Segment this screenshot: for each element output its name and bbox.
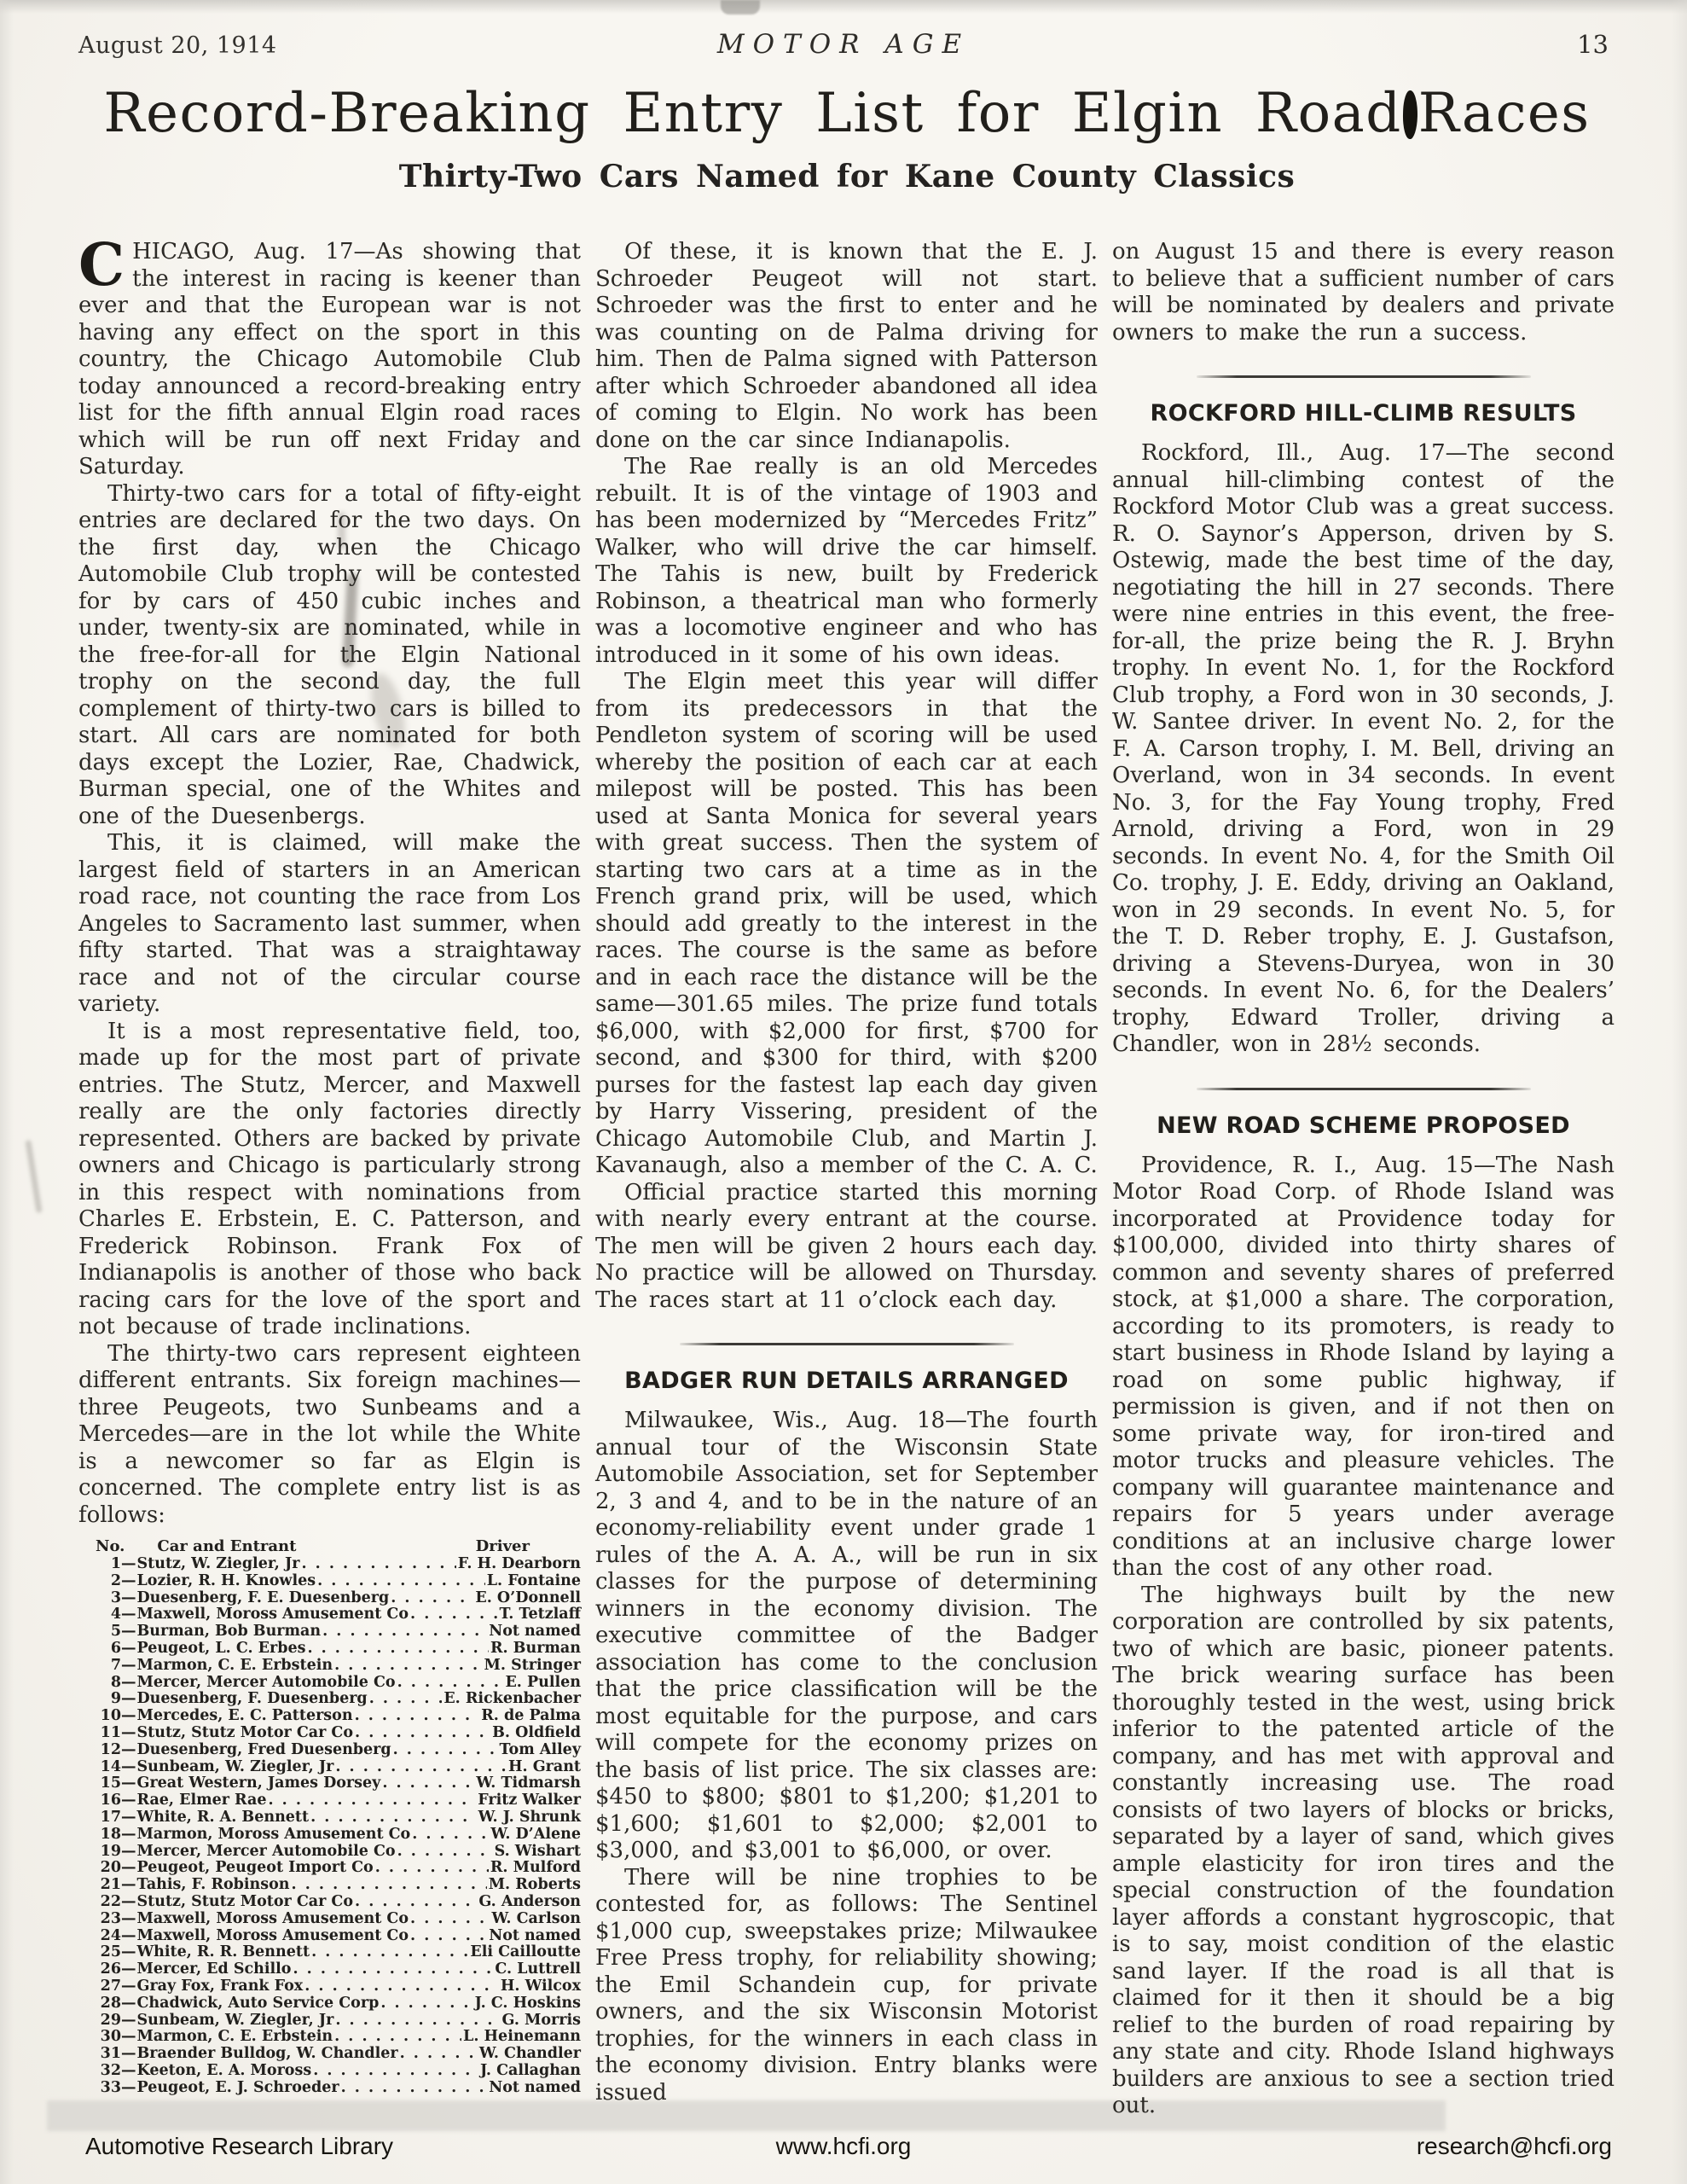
entry-dash: — [121, 1792, 136, 1809]
entry-row: 10—Mercedes, E. C. PattersonR. de Palma [78, 1708, 581, 1725]
entry-car: Peugeot, Peugeot Import Co [137, 1860, 374, 1877]
entry-driver: M. Stringer [484, 1658, 581, 1675]
entry-dash: — [121, 1944, 136, 1961]
article-title-part2: Races [1418, 82, 1591, 145]
entry-row: 16—Rae, Elmer RaeFritz Walker [78, 1792, 581, 1809]
dot-leader [322, 1623, 487, 1641]
entry-dash: — [121, 1708, 136, 1725]
entry-dash: — [121, 2046, 136, 2063]
entry-row: 8—Mercer, Mercer Automobile CoE. Pullen [78, 1675, 581, 1692]
entry-row: 5—Burman, Bob BurmanNot named [78, 1623, 581, 1641]
section-title: NEW ROAD SCHEME PROPOSED [1112, 1112, 1615, 1139]
entry-car: Stutz, Stutz Motor Car Co [137, 1725, 354, 1742]
entry-row: 15—Great Western, James DorseyW. Tidmars… [78, 1775, 581, 1792]
entry-row: 18—Marmon, Moross Amusement CoW. D’Alene [78, 1827, 581, 1844]
entry-no: 25 [78, 1944, 121, 1961]
entry-dash: — [121, 1911, 136, 1928]
entry-car: Sunbeam, W. Ziegler, Jr [137, 1759, 334, 1776]
entry-dash: — [121, 1860, 136, 1877]
entry-driver: J. C. Hoskins [475, 1995, 581, 2013]
dot-leader [355, 1708, 480, 1725]
scan-edge-top [0, 0, 1687, 14]
entry-row: 26—Mercer, Ed SchilloC. Luttrell [78, 1961, 581, 1978]
entry-car: Great Western, James Dorsey [137, 1775, 381, 1792]
entry-driver: W. Carlson [492, 1911, 582, 1928]
entry-driver: E. Rickenbacher [443, 1691, 581, 1708]
entry-driver: E. O’Donnell [475, 1590, 581, 1607]
entry-dash: — [121, 1742, 136, 1759]
section-rule [1197, 1088, 1531, 1090]
entry-row: 22—Stutz, Stutz Motor Car CoG. Anderson [78, 1894, 581, 1911]
entry-driver: W. J. Shrunk [478, 1809, 581, 1827]
dot-leader [393, 1742, 498, 1759]
entry-row: 9—Duesenberg, F. DuesenbergE. Rickenbach… [78, 1691, 581, 1708]
entry-no: 2 [78, 1573, 121, 1590]
entry-row: 14—Sunbeam, W. Ziegler, JrH. Grant [78, 1759, 581, 1776]
entry-dash: — [121, 1827, 136, 1844]
article-columns: CHICAGO, Aug. 17—As showing that the int… [78, 239, 1615, 2120]
paragraph: The thirty-two cars represent eighteen d… [78, 1341, 581, 1530]
entry-col-no: No. [96, 1537, 125, 1556]
entry-dash: — [121, 1691, 136, 1708]
column-middle: Of these, it is known that the E. J. Sch… [595, 239, 1098, 2120]
section-heading: NEW ROAD SCHEME PROPOSED [1112, 1088, 1615, 1139]
entry-driver: W. Chandler [479, 2046, 581, 2063]
dot-leader [410, 1928, 487, 1945]
dot-leader [335, 2013, 500, 2030]
entry-row: 7—Marmon, C. E. ErbsteinM. Stringer [78, 1658, 581, 1675]
dot-leader [335, 1759, 507, 1776]
entry-dash: — [121, 1658, 136, 1675]
entry-driver: M. Roberts [489, 1877, 581, 1894]
entry-driver: Not named [489, 1928, 581, 1945]
entry-car: Mercer, Mercer Automobile Co [137, 1844, 396, 1861]
entry-dash: — [121, 1725, 136, 1742]
entry-row: 28—Chadwick, Auto Service CorpJ. C. Hosk… [78, 1995, 581, 2013]
paragraph: Rockford, Ill., Aug. 17—The second annua… [1112, 440, 1615, 1059]
entry-col-car: Car and Entrant [157, 1537, 296, 1556]
entry-dash: — [121, 1675, 136, 1692]
entry-row: 31—Braender Bulldog, W. ChandlerW. Chand… [78, 2046, 581, 2063]
section-title: BADGER RUN DETAILS ARRANGED [595, 1368, 1098, 1394]
entry-car: Sunbeam, W. Ziegler, Jr [137, 2013, 334, 2030]
paragraph: Of these, it is known that the E. J. Sch… [595, 239, 1098, 454]
entry-no: 5 [78, 1623, 121, 1641]
scan-edge-right [1672, 0, 1687, 2184]
entry-no: 32 [78, 2063, 121, 2080]
dot-leader [391, 1590, 473, 1607]
dot-leader [313, 2063, 478, 2080]
article-subtitle: Thirty-Two Cars Named for Kane County Cl… [78, 159, 1615, 195]
paragraph: Providence, R. I., Aug. 15—The Nash Moto… [1112, 1153, 1615, 1583]
entry-car: Keeton, E. A. Moross [137, 2063, 312, 2080]
entry-no: 30 [78, 2029, 121, 2046]
dot-leader [311, 1944, 468, 1961]
entry-dash: — [121, 2063, 136, 2080]
entry-driver: Tom Alley [500, 1742, 581, 1759]
column-right: on August 15 and there is every reason t… [1112, 239, 1615, 2120]
entry-car: Stutz, W. Ziegler, Jr [137, 1556, 300, 1573]
entry-dash: — [121, 1641, 136, 1658]
entry-no: 16 [78, 1792, 121, 1809]
dot-leader [355, 1894, 477, 1911]
entry-driver: Not named [489, 2080, 581, 2097]
dot-leader [410, 1911, 490, 1928]
entry-row: 4—Maxwell, Moross Amusement CoT. Tetzlaf… [78, 1606, 581, 1623]
paragraph: There will be nine trophies to be contes… [595, 1865, 1098, 2107]
entry-driver: B. Oldfield [492, 1725, 581, 1742]
magazine-page: August 20, 1914 MOTOR AGE 13 Record-Brea… [78, 29, 1615, 2120]
entry-driver: E. Pullen [505, 1675, 581, 1692]
entry-dash: — [121, 2029, 136, 2046]
entry-row: 17—White, R. A. BennettW. J. Shrunk [78, 1809, 581, 1827]
paragraph: Milwaukee, Wis., Aug. 18—The fourth annu… [595, 1408, 1098, 1865]
entry-dash: — [121, 1606, 136, 1623]
entry-dash: — [121, 1809, 136, 1827]
scan-artifact-top [721, 0, 760, 15]
entry-no: 18 [78, 1827, 121, 1844]
entry-no: 3 [78, 1590, 121, 1607]
entry-col-driver: Driver [476, 1537, 530, 1556]
entry-no: 12 [78, 1742, 121, 1759]
entry-driver: H. Grant [508, 1759, 581, 1776]
dot-leader [397, 1675, 504, 1692]
entry-dash: — [121, 1775, 136, 1792]
paragraph: The Rae really is an old Mercedes rebuil… [595, 454, 1098, 669]
entry-dash: — [121, 1623, 136, 1641]
entry-car: White, R. R. Bennett [137, 1944, 310, 1961]
entry-row: 27—Gray Fox, Frank FoxH. Wilcox [78, 1978, 581, 1995]
entry-driver: H. Wilcox [501, 1978, 581, 1995]
entry-no: 26 [78, 1961, 121, 1978]
entry-car: Braender Bulldog, W. Chandler [137, 2046, 398, 2063]
entry-row: 33—Peugeot, E. J. SchroederNot named [78, 2080, 581, 2097]
entry-list-table: No.Car and EntrantDriver1—Stutz, W. Zieg… [78, 1537, 581, 2097]
entry-driver: R. de Palma [481, 1708, 581, 1725]
entry-row: 32—Keeton, E. A. MorossJ. Callaghan [78, 2063, 581, 2080]
dot-leader [400, 2046, 478, 2063]
entry-driver: T. Tetzlaff [500, 1606, 581, 1623]
entry-row: 20—Peugeot, Peugeot Import CoR. Mulford [78, 1860, 581, 1877]
entry-row: 19—Mercer, Mercer Automobile CoS. Wishar… [78, 1844, 581, 1861]
entry-no: 6 [78, 1641, 121, 1658]
entry-car: Maxwell, Moross Amusement Co [137, 1606, 409, 1623]
entry-driver: Eli Cailloutte [470, 1944, 581, 1961]
paragraph: The highways built by the new corporatio… [1112, 1583, 1615, 2120]
entry-car: White, R. A. Bennett [137, 1809, 310, 1827]
entry-no: 33 [78, 2080, 121, 2097]
entry-row: 23—Maxwell, Moross Amusement CoW. Carlso… [78, 1911, 581, 1928]
dot-leader [310, 1809, 477, 1827]
entry-dash: — [121, 1978, 136, 1995]
entry-driver: F. H. Dearborn [458, 1556, 581, 1573]
dot-leader [317, 1573, 485, 1590]
dot-leader [268, 1792, 476, 1809]
entry-car: Mercedes, E. C. Patterson [137, 1708, 353, 1725]
entry-car: Maxwell, Moross Amusement Co [137, 1928, 409, 1945]
paragraph: on August 15 and there is every reason t… [1112, 239, 1615, 346]
entry-dash: — [121, 1590, 136, 1607]
entry-dash: — [121, 1995, 136, 2013]
entry-driver: Fritz Walker [478, 1792, 581, 1809]
dot-leader [397, 1844, 493, 1861]
entry-no: 20 [78, 1860, 121, 1877]
entry-no: 19 [78, 1844, 121, 1861]
entry-no: 11 [78, 1725, 121, 1742]
entry-car: Gray Fox, Frank Fox [137, 1978, 304, 1995]
column-left: CHICAGO, Aug. 17—As showing that the int… [78, 239, 581, 2120]
paragraph: Official practice started this morning w… [595, 1180, 1098, 1315]
paragraph: The Elgin meet this year will differ fro… [595, 669, 1098, 1180]
section-rule [680, 1343, 1014, 1345]
entry-dash: — [121, 1877, 136, 1894]
entry-dash: — [121, 1573, 136, 1590]
entry-no: 24 [78, 1928, 121, 1945]
paragraph: Thirty-two cars for a total of fifty-eig… [78, 481, 581, 831]
entry-driver: W. D’Alene [490, 1827, 581, 1844]
dot-leader [369, 1691, 443, 1708]
entry-car: Marmon, C. E. Erbstein [137, 2029, 333, 2046]
entry-car: Tahis, F. Robinson [137, 1877, 290, 1894]
dot-leader [355, 1725, 490, 1742]
dot-leader [304, 1978, 499, 1995]
entry-no: 31 [78, 2046, 121, 2063]
paragraph: This, it is claimed, will make the large… [78, 830, 581, 1019]
drop-cap: C [78, 243, 125, 288]
article-title-part1: Record-Breaking Entry List for Elgin Roa… [103, 82, 1401, 145]
entry-no: 9 [78, 1691, 121, 1708]
entry-car: Mercer, Ed Schillo [137, 1961, 292, 1978]
entry-car: Marmon, Moross Amusement Co [137, 1827, 411, 1844]
entry-driver: L. Heinemann [463, 2029, 581, 2046]
entry-dash: — [121, 1556, 136, 1573]
article-title: Record-Breaking Entry List for Elgin Roa… [78, 82, 1615, 145]
entry-row: 30—Marmon, C. E. ErbsteinL. Heinemann [78, 2029, 581, 2046]
dot-leader [410, 1606, 498, 1623]
section-title: ROCKFORD HILL-CLIMB RESULTS [1112, 400, 1615, 427]
entry-row: 6—Peugeot, L. C. ErbesR. Burman [78, 1641, 581, 1658]
entry-car: Duesenberg, F. Duesenberg [137, 1691, 368, 1708]
entry-no: 14 [78, 1759, 121, 1776]
entry-car: Duesenberg, F. E. Duesenberg [137, 1590, 390, 1607]
entry-row: 29—Sunbeam, W. Ziegler, JrG. Morris [78, 2013, 581, 2030]
dot-leader [334, 2029, 461, 2046]
entry-no: 8 [78, 1675, 121, 1692]
entry-car: Maxwell, Moross Amusement Co [137, 1911, 409, 1928]
entry-list-header: No.Car and EntrantDriver [78, 1537, 581, 1556]
entry-driver: R. Burman [490, 1641, 581, 1658]
entry-no: 23 [78, 1911, 121, 1928]
page-header: August 20, 1914 MOTOR AGE 13 [78, 29, 1615, 60]
entry-car: Duesenberg, Fred Duesenberg [137, 1742, 391, 1759]
entry-driver: G. Anderson [478, 1894, 581, 1911]
entry-no: 28 [78, 1995, 121, 2013]
entry-dash: — [121, 2080, 136, 2097]
entry-no: 4 [78, 1606, 121, 1623]
ink-blot [1402, 90, 1417, 139]
dot-leader [382, 1775, 474, 1792]
entry-car: Burman, Bob Burman [137, 1623, 322, 1641]
entry-row: 2—Lozier, R. H. KnowlesL. Fontaine [78, 1573, 581, 1590]
entry-no: 1 [78, 1556, 121, 1573]
dot-leader [307, 1641, 489, 1658]
entry-no: 29 [78, 2013, 121, 2030]
entry-driver: G. Morris [502, 2013, 582, 2030]
entry-car: Rae, Elmer Rae [137, 1792, 267, 1809]
entry-driver: R. Mulford [490, 1860, 581, 1877]
entry-no: 27 [78, 1978, 121, 1995]
footer-library: Automotive Research Library [85, 2133, 393, 2160]
entry-driver: J. Callaghan [480, 2063, 581, 2080]
entry-no: 22 [78, 1894, 121, 1911]
entry-row: 21—Tahis, F. RobinsonM. Roberts [78, 1877, 581, 1894]
entry-dash: — [121, 1928, 136, 1945]
entry-car: Lozier, R. H. Knowles [137, 1573, 316, 1590]
entry-driver: L. Fontaine [487, 1573, 581, 1590]
scan-edge-left [0, 0, 14, 2184]
dot-leader [301, 1556, 455, 1573]
entry-no: 7 [78, 1658, 121, 1675]
entry-dash: — [121, 1759, 136, 1776]
dot-leader [293, 1961, 493, 1978]
entry-dash: — [121, 1961, 136, 1978]
paragraph: CHICAGO, Aug. 17—As showing that the int… [78, 239, 581, 481]
issue-date: August 20, 1914 [78, 32, 717, 59]
dot-leader [341, 2080, 488, 2097]
entry-row: 1—Stutz, W. Ziegler, JrF. H. Dearborn [78, 1556, 581, 1573]
dot-leader [292, 1877, 487, 1894]
entry-car: Stutz, Stutz Motor Car Co [137, 1894, 354, 1911]
entry-dash: — [121, 1844, 136, 1861]
entry-driver: W. Tidmarsh [476, 1775, 581, 1792]
entry-driver: C. Luttrell [495, 1961, 581, 1978]
entry-car: Peugeot, L. C. Erbes [137, 1641, 306, 1658]
entry-car: Chadwick, Auto Service Corp [137, 1995, 380, 2013]
entry-driver: Not named [489, 1623, 581, 1641]
section-heading: ROCKFORD HILL-CLIMB RESULTS [1112, 375, 1615, 427]
entry-row: 12—Duesenberg, Fred DuesenbergTom Alley [78, 1742, 581, 1759]
entry-car: Mercer, Mercer Automobile Co [137, 1675, 396, 1692]
dot-leader [380, 1995, 472, 2013]
entry-no: 10 [78, 1708, 121, 1725]
entry-no: 17 [78, 1809, 121, 1827]
footer-email: research@hcfi.org [1417, 2133, 1612, 2160]
dot-leader [375, 1860, 489, 1877]
entry-dash: — [121, 2013, 136, 2030]
entry-dash: — [121, 1894, 136, 1911]
dot-leader [412, 1827, 489, 1844]
section-rule [1197, 375, 1531, 378]
ink-smudge [25, 1140, 42, 1213]
entry-no: 15 [78, 1775, 121, 1792]
paragraph: It is a most representative field, too, … [78, 1019, 581, 1341]
page-number: 13 [970, 30, 1615, 59]
entry-car: Peugeot, E. J. Schroeder [137, 2080, 339, 2097]
entry-row: 25—White, R. R. BennettEli Cailloutte [78, 1944, 581, 1961]
entry-no: 21 [78, 1877, 121, 1894]
entry-driver: S. Wishart [495, 1844, 581, 1861]
entry-row: 11—Stutz, Stutz Motor Car CoB. Oldfield [78, 1725, 581, 1742]
masthead: MOTOR AGE [717, 29, 970, 60]
entry-row: 24—Maxwell, Moross Amusement CoNot named [78, 1928, 581, 1945]
entry-row: 3—Duesenberg, F. E. DuesenbergE. O’Donne… [78, 1590, 581, 1607]
dot-leader [334, 1658, 482, 1675]
section-heading: BADGER RUN DETAILS ARRANGED [595, 1343, 1098, 1394]
entry-car: Marmon, C. E. Erbstein [137, 1658, 333, 1675]
